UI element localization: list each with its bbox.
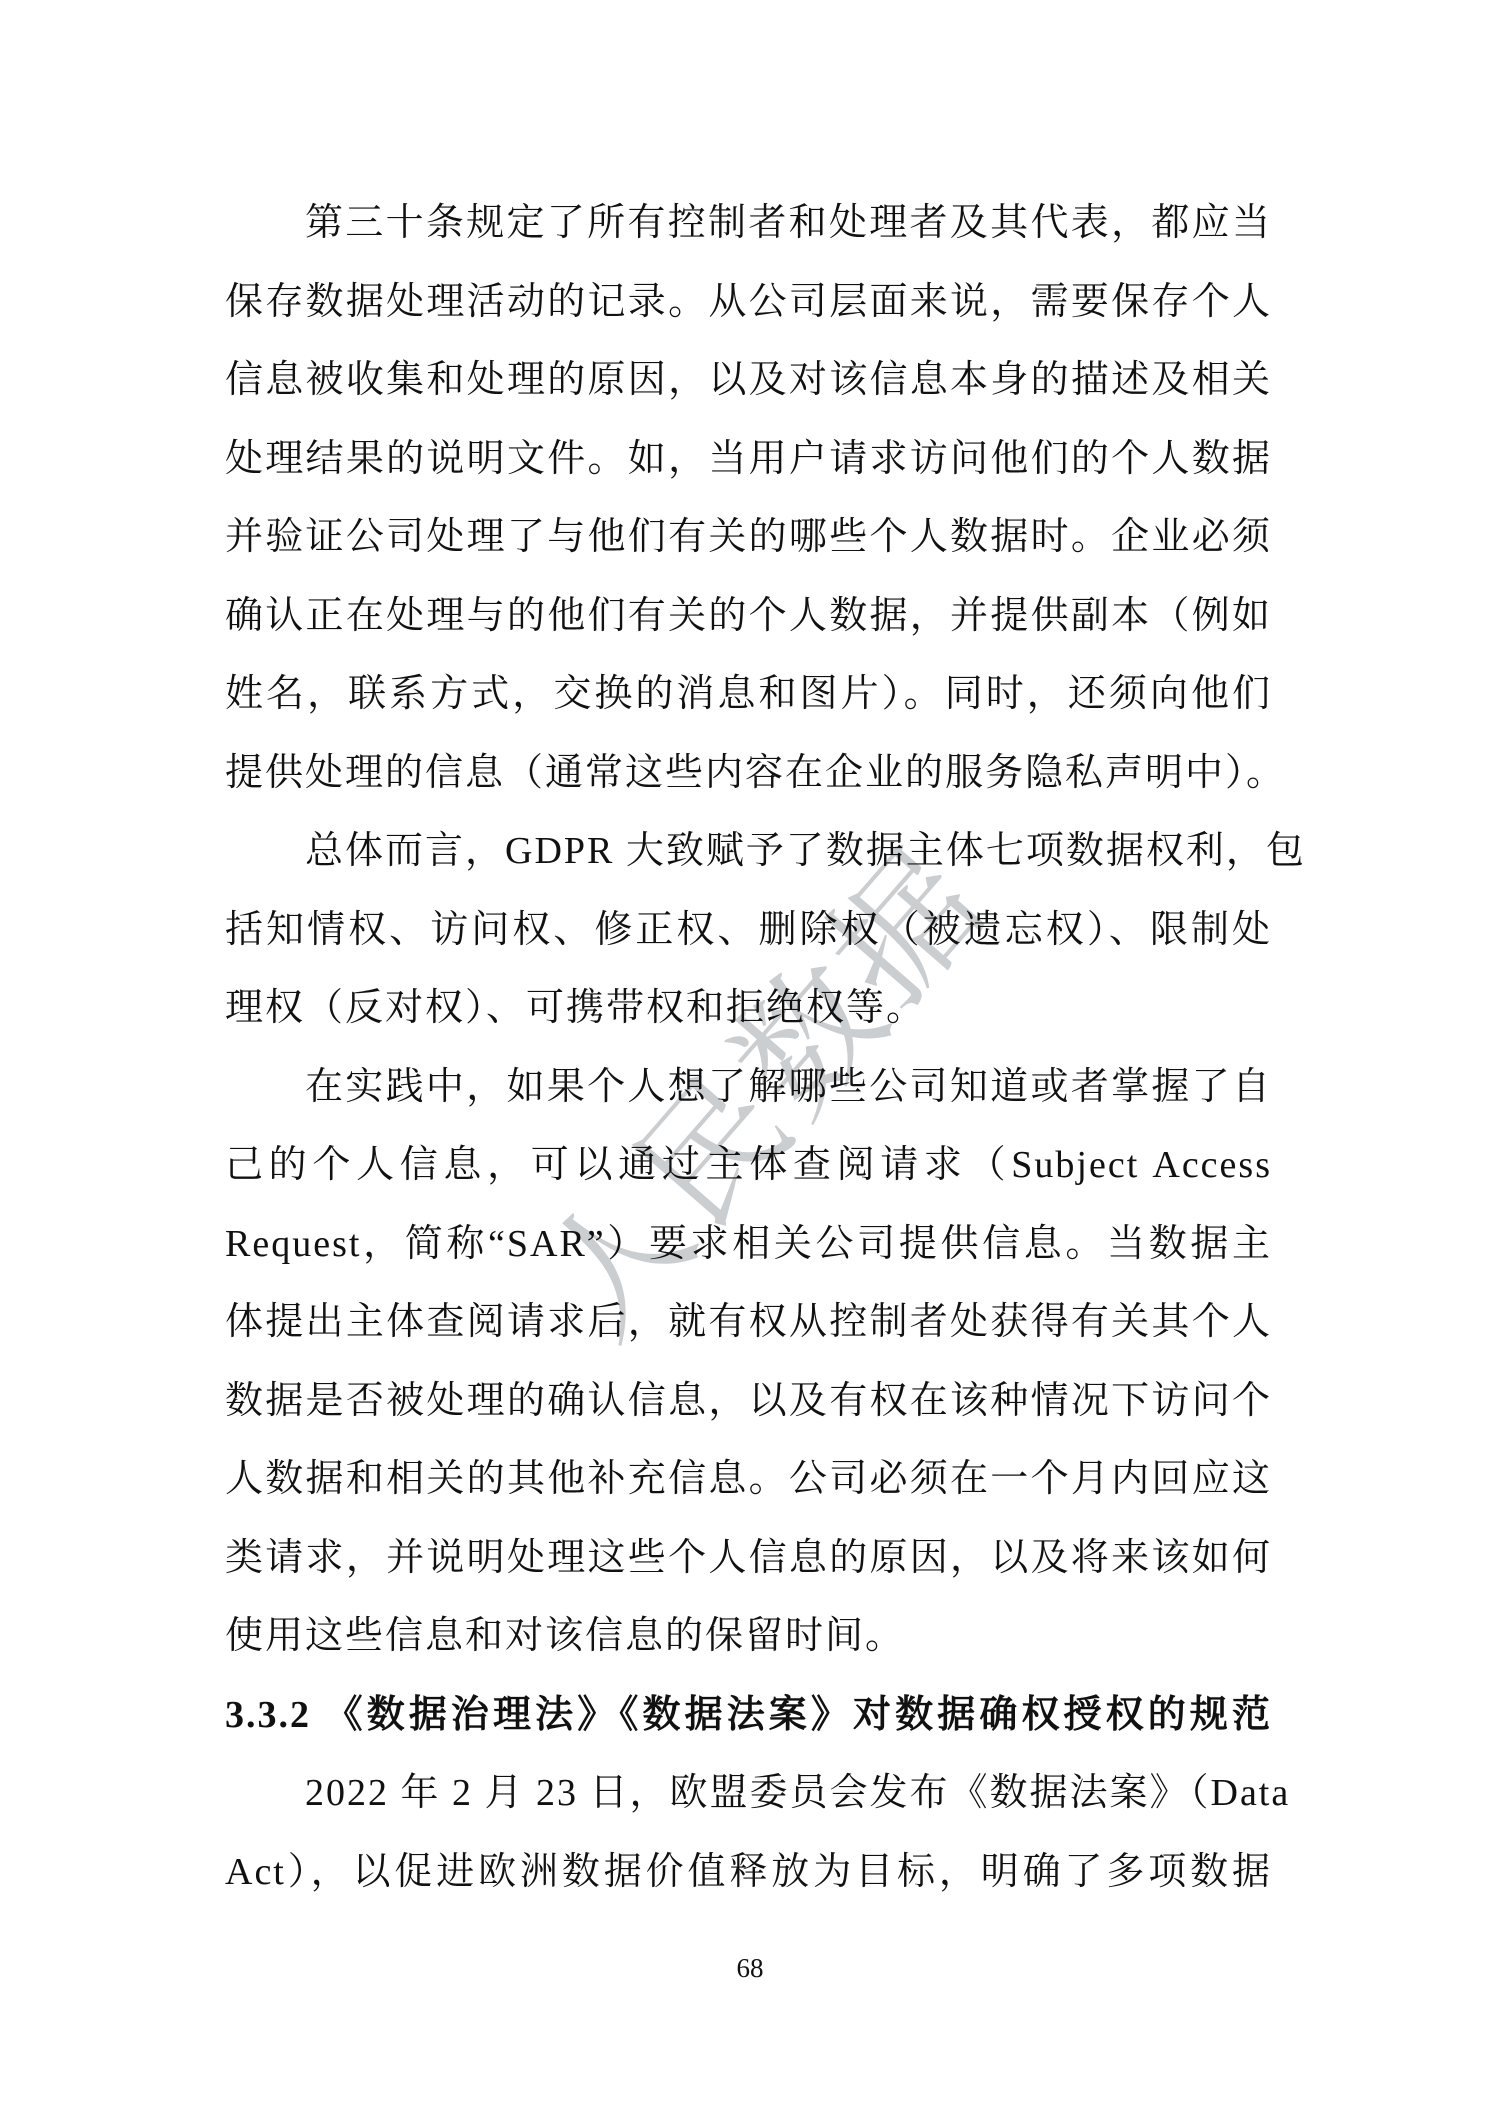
text-line: 处理结果的说明文件。如，当用户请求访问他们的个人数据 (225, 420, 1272, 499)
text-line: 括知情权、访问权、修正权、删除权（被遗忘权）、限制处 (225, 891, 1272, 970)
text-line: 姓名，联系方式，交换的消息和图片）。同时，还须向他们 (225, 655, 1272, 734)
page-number: 68 (0, 1948, 1500, 1988)
text-line: 信息被收集和处理的原因，以及对该信息本身的描述及相关 (225, 341, 1272, 420)
document-page: 人民数据 第三十条规定了所有控制者和处理者及其代表，都应当保存数据处理活动的记录… (0, 0, 1500, 2121)
text-line: 理权（反对权）、可携带权和拒绝权等。 (225, 969, 1272, 1048)
text-line: 体提出主体查阅请求后，就有权从控制者处获得有关其个人 (225, 1283, 1272, 1362)
text-line: 保存数据处理活动的记录。从公司层面来说，需要保存个人 (225, 263, 1272, 342)
text-line: 类请求，并说明处理这些个人信息的原因，以及将来该如何 (225, 1519, 1272, 1598)
text-line: Act），以促进欧洲数据价值释放为目标，明确了多项数据 (225, 1833, 1272, 1912)
text-line: 第三十条规定了所有控制者和处理者及其代表，都应当 (225, 184, 1272, 263)
text-line: 在实践中，如果个人想了解哪些公司知道或者掌握了自 (225, 1048, 1272, 1127)
text-line: 数据是否被处理的确认信息，以及有权在该种情况下访问个 (225, 1362, 1272, 1441)
text-line: 总体而言，GDPR 大致赋予了数据主体七项数据权利，包 (225, 812, 1272, 891)
document-body: 第三十条规定了所有控制者和处理者及其代表，都应当保存数据处理活动的记录。从公司层… (225, 184, 1272, 1911)
text-line: 并验证公司处理了与他们有关的哪些个人数据时。企业必须 (225, 498, 1272, 577)
text-line: 确认正在处理与的他们有关的个人数据，并提供副本（例如 (225, 577, 1272, 656)
text-line: 提供处理的信息（通常这些内容在企业的服务隐私声明中）。 (225, 734, 1272, 813)
text-line: 己的个人信息，可以通过主体查阅请求（Subject Access (225, 1126, 1272, 1205)
text-line: Request，简称“SAR”）要求相关公司提供信息。当数据主 (225, 1205, 1272, 1284)
text-line: 2022 年 2 月 23 日，欧盟委员会发布《数据法案》（Data (225, 1754, 1272, 1833)
text-line: 使用这些信息和对该信息的保留时间。 (225, 1597, 1272, 1676)
section-heading: 3.3.2 《数据治理法》《数据法案》对数据确权授权的规范 (225, 1676, 1272, 1755)
text-line: 人数据和相关的其他补充信息。公司必须在一个月内回应这 (225, 1440, 1272, 1519)
